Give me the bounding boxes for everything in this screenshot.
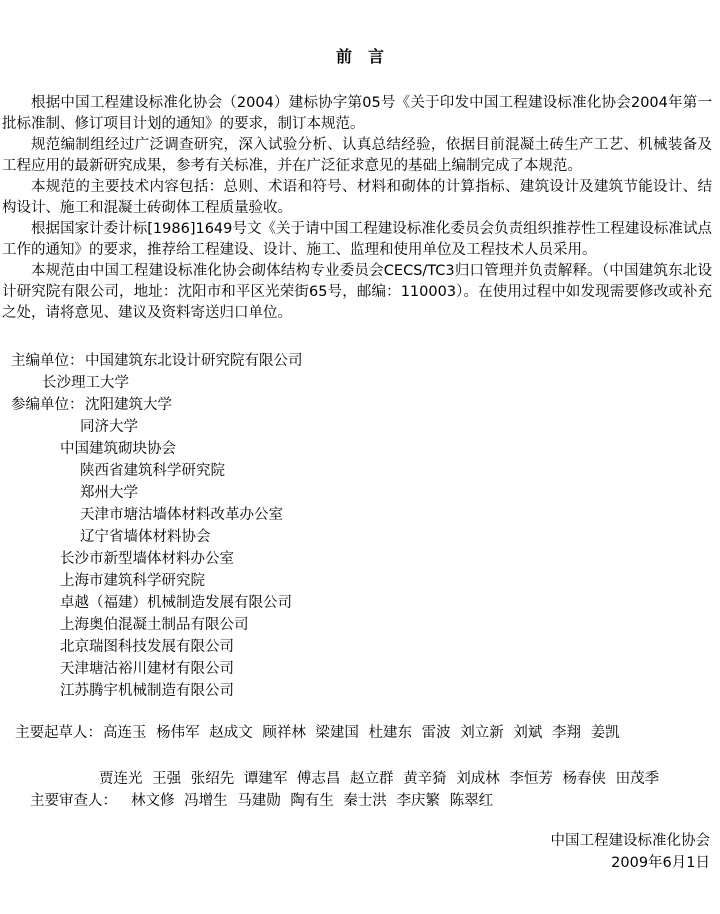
co-editor-unit-row: 上海奥伯混凝土制品有限公司 — [60, 614, 720, 636]
drafters-label: 主要起草人： — [15, 722, 103, 744]
chief-editor-row: 主编单位：中国建筑东北设计研究院有限公司 — [11, 350, 720, 372]
co-editor-unit-row: 天津市塘沽墙体材料改革办公室 — [80, 504, 720, 526]
page-title: 前 言 — [0, 46, 720, 67]
unit-name: 天津塘沽裕川建材有限公司 — [60, 661, 234, 677]
unit-name: 江苏腾宇机械制造有限公司 — [60, 683, 234, 699]
paragraph-drafting-process: 规范编制组经过广泛调查研究，深入试验分析、认真总结经验，依据目前混凝土砖生产工艺… — [2, 135, 712, 177]
co-editor-unit-row: 陕西省建筑科学研究院 — [80, 460, 720, 482]
co-editor-unit-row: 卓越（福建）机械制造发展有限公司 — [60, 592, 720, 614]
co-editor-unit-row: 同济大学 — [80, 416, 720, 438]
co-editor-unit-row: 北京瑞图科技发展有限公司 — [60, 636, 720, 658]
unit-name: 长沙市新型墙体材料办公室 — [60, 551, 234, 567]
unit-name: 长沙理工大学 — [42, 375, 129, 391]
paragraph-contents: 本规范的主要技术内容包括：总则、术语和符号、材料和砌体的计算指标、建筑设计及建筑… — [2, 177, 712, 219]
co-editor-unit-row: 上海市建筑科学研究院 — [60, 570, 720, 592]
reviewers-label: 主要审查人： — [30, 790, 118, 812]
unit-name: 陕西省建筑科学研究院 — [80, 463, 225, 479]
paragraph-basis: 根据中国工程建设标准化协会（2004）建标协字第05号《关于印发中国工程建设标准… — [2, 93, 712, 135]
unit-name: 北京瑞图科技发展有限公司 — [60, 639, 234, 655]
issue-date: 2009年6月1日 — [0, 852, 710, 874]
unit-name: 郑州大学 — [80, 485, 138, 501]
chief-editor-label: 主编单位： — [11, 350, 85, 372]
drafter-names-line2: 贾连光 王强 张绍先 谭建军 傅志昌 赵立群 黄辛猗 刘成林 李恒芳 杨春侠 田… — [99, 771, 659, 787]
co-editor-label: 参编单位： — [11, 394, 85, 416]
unit-name: 辽宁省墙体材料协会 — [80, 529, 211, 545]
unit-name: 上海奥伯混凝土制品有限公司 — [60, 617, 249, 633]
reviewer-names: 林文修 冯增生 马建勋 陶有生 秦士洪 李庆繁 陈翠红 — [131, 793, 493, 809]
reviewers-row: 主要审查人：林文修 冯增生 马建勋 陶有生 秦士洪 李庆繁 陈翠红 — [30, 790, 720, 812]
paragraph-recommendation: 根据国家计委计标[1986]1649号文《关于请中国工程建设标准化委员会负责组织… — [2, 219, 712, 261]
drafter-names-line1: 高连玉 杨伟军 赵成文 顾祥林 梁建国 杜建东 雷波 刘立新 刘斌 李翔 姜凯 — [103, 725, 620, 741]
co-editor-unit-row: 天津塘沽裕川建材有限公司 — [60, 658, 720, 680]
co-editor-unit-row: 郑州大学 — [80, 482, 720, 504]
unit-name: 中国建筑东北设计研究院有限公司 — [85, 353, 303, 369]
co-editor-unit-row: 中国建筑砌块协会 — [60, 438, 720, 460]
issuing-organization: 中国工程建设标准化协会 — [0, 830, 710, 852]
editing-units-section: 主编单位：中国建筑东北设计研究院有限公司 长沙理工大学 参编单位：沈阳建筑大学 … — [0, 350, 720, 702]
paragraph-administration: 本规范由中国工程建设标准化协会砌体结构专业委员会CECS/TC3归口管理并负责解… — [2, 261, 712, 324]
co-editor-unit-row: 辽宁省墙体材料协会 — [80, 526, 720, 548]
drafters-row-continued: 贾连光 王强 张绍先 谭建军 傅志昌 赵立群 黄辛猗 刘成林 李恒芳 杨春侠 田… — [99, 768, 720, 790]
document-page: 前 言 根据中国工程建设标准化协会（2004）建标协字第05号《关于印发中国工程… — [0, 0, 720, 914]
unit-name: 沈阳建筑大学 — [85, 397, 172, 413]
chief-editor-unit-row: 长沙理工大学 — [42, 372, 720, 394]
unit-name: 上海市建筑科学研究院 — [60, 573, 205, 589]
co-editor-unit-row: 江苏腾宇机械制造有限公司 — [60, 680, 720, 702]
unit-name: 同济大学 — [80, 419, 138, 435]
personnel-section: 主要起草人：高连玉 杨伟军 赵成文 顾祥林 梁建国 杜建东 雷波 刘立新 刘斌 … — [0, 722, 720, 812]
co-editor-unit-row: 长沙市新型墙体材料办公室 — [60, 548, 720, 570]
co-editor-row: 参编单位：沈阳建筑大学 — [11, 394, 720, 416]
signature-block: 中国工程建设标准化协会 2009年6月1日 — [0, 830, 720, 874]
unit-name: 中国建筑砌块协会 — [60, 441, 176, 457]
drafters-row: 主要起草人：高连玉 杨伟军 赵成文 顾祥林 梁建国 杜建东 雷波 刘立新 刘斌 … — [15, 722, 720, 744]
unit-name: 卓越（福建）机械制造发展有限公司 — [60, 595, 292, 611]
preface-body: 根据中国工程建设标准化协会（2004）建标协字第05号《关于印发中国工程建设标准… — [2, 93, 712, 324]
unit-name: 天津市塘沽墙体材料改革办公室 — [80, 507, 283, 523]
